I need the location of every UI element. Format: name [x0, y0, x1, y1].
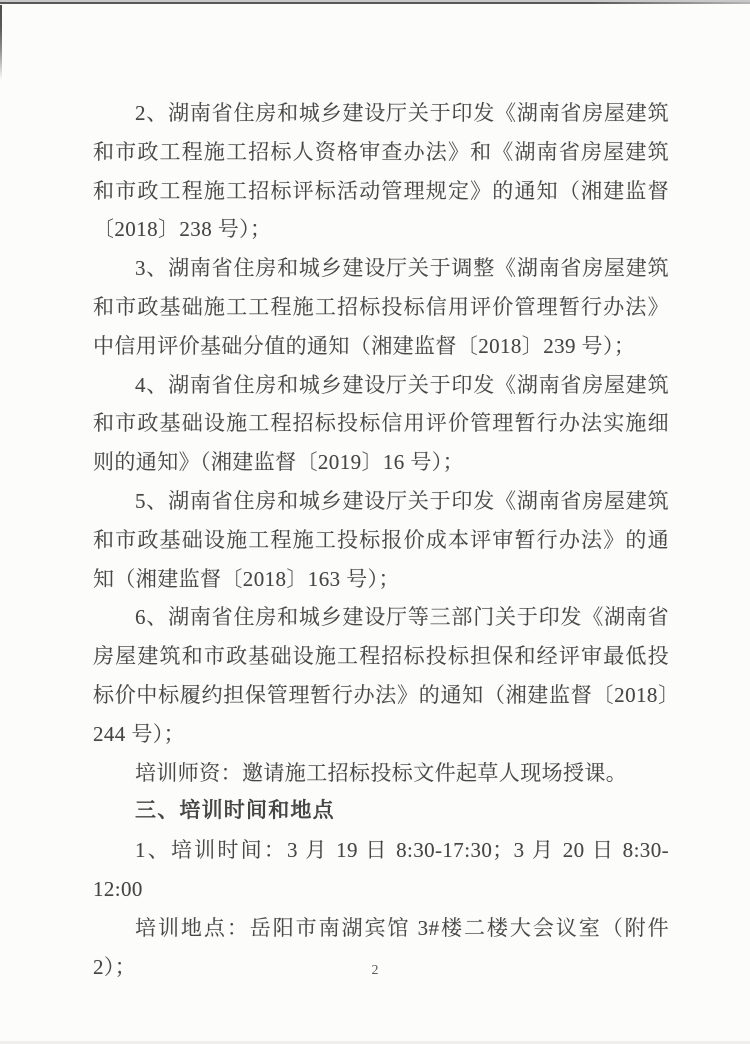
training-time-line: 1、培训时间：3 月 19 日 8:30-17:30；3 月 20 日 8:30…: [93, 831, 669, 909]
document-body: 2、湖南省住房和城乡建设厅关于印发《湖南省房屋建筑和市政工程施工招标人资格审查办…: [93, 94, 669, 986]
scan-left-edge-artifact: [0, 5, 2, 80]
scanned-document-page: 2、湖南省住房和城乡建设厅关于印发《湖南省房屋建筑和市政工程施工招标人资格审查办…: [0, 0, 750, 1044]
notice-item-3: 3、湖南省住房和城乡建设厅关于调整《湖南省房屋建筑和市政基础施工工程施工招标投标…: [93, 249, 669, 365]
trainer-line: 培训师资：邀请施工招标投标文件起草人现场授课。: [93, 754, 669, 793]
notice-item-5: 5、湖南省住房和城乡建设厅关于印发《湖南省房屋建筑和市政基础设施工程施工投标报价…: [93, 482, 669, 598]
page-number: 2: [0, 963, 750, 979]
notice-item-4: 4、湖南省住房和城乡建设厅关于印发《湖南省房屋建筑和市政基础设施工程招标投标信用…: [93, 366, 669, 482]
section-3-heading: 三、培训时间和地点: [93, 792, 669, 831]
scan-top-edge-fade: [590, 2, 750, 4]
notice-item-6: 6、湖南省住房和城乡建设厅等三部门关于印发《湖南省房屋建筑和市政基础设施工程招标…: [93, 598, 669, 753]
notice-item-2: 2、湖南省住房和城乡建设厅关于印发《湖南省房屋建筑和市政工程施工招标人资格审查办…: [93, 94, 669, 249]
